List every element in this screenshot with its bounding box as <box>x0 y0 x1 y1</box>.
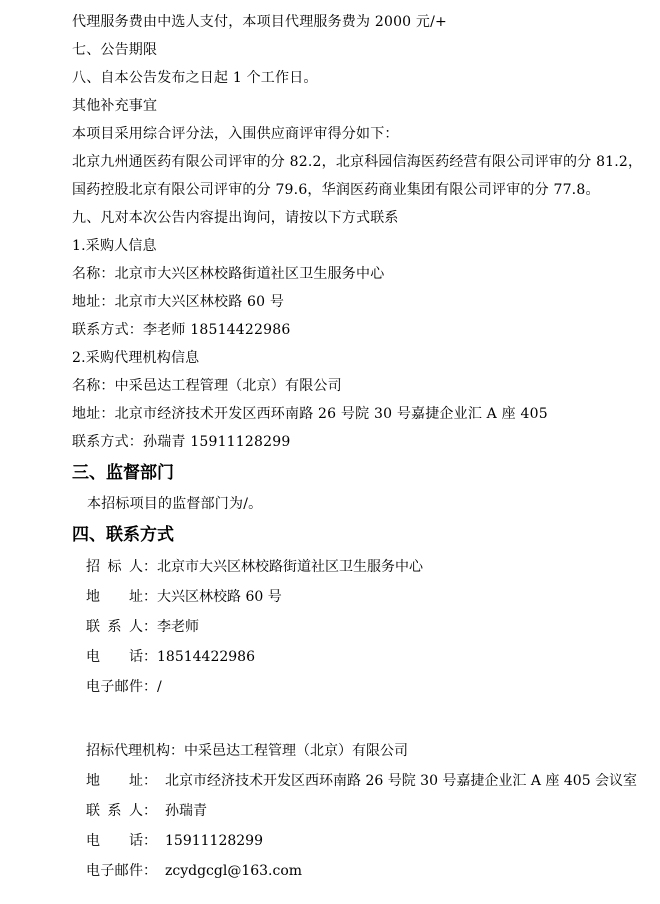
contact-value: 北京市大兴区林校路街道社区卫生服务中心 <box>157 559 423 575</box>
agency-row-name: 招标代理机构：中采邑达工程管理（北京）有限公司 <box>72 736 594 766</box>
line-agency-contact: 联系方式：孙瑞青 15911128299 <box>72 428 594 456</box>
contact-colon: ： <box>143 559 157 575</box>
agency-row-address: 地址：北京市经济技术开发区西环南路 26 号院 30 号嘉捷企业汇 A 座 40… <box>72 766 594 796</box>
contact-value: 大兴区林校路 60 号 <box>157 589 282 605</box>
contact-colon: ： <box>143 773 157 789</box>
contact-colon: ： <box>170 743 184 759</box>
contact-value: 18514422986 <box>157 649 255 665</box>
contact-value: 北京市经济技术开发区西环南路 26 号院 30 号嘉捷企业汇 A 座 405 会… <box>165 773 637 789</box>
contact-row-person: 联系人：李老师 <box>72 612 594 642</box>
section-heading-supervision: 三、监督部门 <box>72 456 594 490</box>
contact-label: 电子邮件 <box>86 672 143 702</box>
contact-value: 中采邑达工程管理（北京）有限公司 <box>184 743 408 759</box>
contact-label: 联系人 <box>86 612 143 642</box>
contact-colon: ： <box>143 619 157 635</box>
contact-label: 地址 <box>86 582 143 612</box>
line-purchaser-contact: 联系方式：李老师 18514422986 <box>72 316 594 344</box>
line-scoring-method: 本项目采用综合评分法，入围供应商评审得分如下： <box>72 120 594 148</box>
contact-colon: ： <box>143 803 157 819</box>
line-purchaser-address: 地址：北京市大兴区林校路 60 号 <box>72 288 594 316</box>
line-agency-address: 地址：北京市经济技术开发区西环南路 26 号院 30 号嘉捷企业汇 A 座 40… <box>72 400 594 428</box>
line-agency-fee: 代理服务费由中选人支付，本项目代理服务费为 2000 元/+ <box>72 8 594 36</box>
contact-row-tenderer: 招标人：北京市大兴区林校路街道社区卫生服务中心 <box>72 552 594 582</box>
line-purchaser-name: 名称：北京市大兴区林校路街道社区卫生服务中心 <box>72 260 594 288</box>
contact-label: 招标代理机构 <box>86 736 170 766</box>
contact-colon: ： <box>143 863 157 879</box>
contact-row-email: 电子邮件：/ <box>72 672 594 702</box>
line-heading-9-inquiry-contact: 九、凡对本次公告内容提出询问，请按以下方式联系 <box>72 204 594 232</box>
line-agency-info-title: 2.采购代理机构信息 <box>72 344 594 372</box>
contact-colon: ： <box>143 589 157 605</box>
line-supplier-scores-2: 国药控股北京有限公司评审的分 79.6，华润医药商业集团有限公司评审的分 77.… <box>72 176 594 204</box>
line-supervision-body: 本招标项目的监督部门为/。 <box>72 490 594 518</box>
contact-value: 孙瑞青 <box>165 803 207 819</box>
contact-label: 电话 <box>86 642 143 672</box>
agency-row-person: 联系人：孙瑞青 <box>72 796 594 826</box>
contact-value: / <box>157 679 162 695</box>
contact-row-phone: 电话：18514422986 <box>72 642 594 672</box>
contact-label: 电话 <box>86 826 143 856</box>
contact-colon: ： <box>143 649 157 665</box>
contact-colon: ： <box>143 679 157 695</box>
contact-value: 15911128299 <box>165 833 263 849</box>
contact-value: zcydgcgl@163.com <box>165 863 302 879</box>
contact-label: 电子邮件 <box>86 856 143 886</box>
line-supplier-scores-1: 北京九州通医药有限公司评审的分 82.2，北京科园信海医药经营有限公司评审的分 … <box>72 148 594 176</box>
contact-row-address: 地址：大兴区林校路 60 号 <box>72 582 594 612</box>
contact-colon: ： <box>143 833 157 849</box>
blank-line-spacer <box>72 702 594 736</box>
line-agency-name: 名称：中采邑达工程管理（北京）有限公司 <box>72 372 594 400</box>
line-purchaser-info-title: 1.采购人信息 <box>72 232 594 260</box>
contact-label: 地址 <box>86 766 143 796</box>
line-other-supplementary-matters: 其他补充事宜 <box>72 92 594 120</box>
agency-row-phone: 电话：15911128299 <box>72 826 594 856</box>
contact-label: 联系人 <box>86 796 143 826</box>
document-page: 代理服务费由中选人支付，本项目代理服务费为 2000 元/+ 七、公告期限 八、… <box>0 0 660 904</box>
contact-label: 招标人 <box>86 552 143 582</box>
contact-value: 李老师 <box>157 619 199 635</box>
line-heading-8-working-days: 八、自本公告发布之日起 1 个工作日。 <box>72 64 594 92</box>
section-heading-contact: 四、联系方式 <box>72 518 594 552</box>
agency-row-email: 电子邮件：zcydgcgl@163.com <box>72 856 594 886</box>
line-heading-7-announcement-period: 七、公告期限 <box>72 36 594 64</box>
